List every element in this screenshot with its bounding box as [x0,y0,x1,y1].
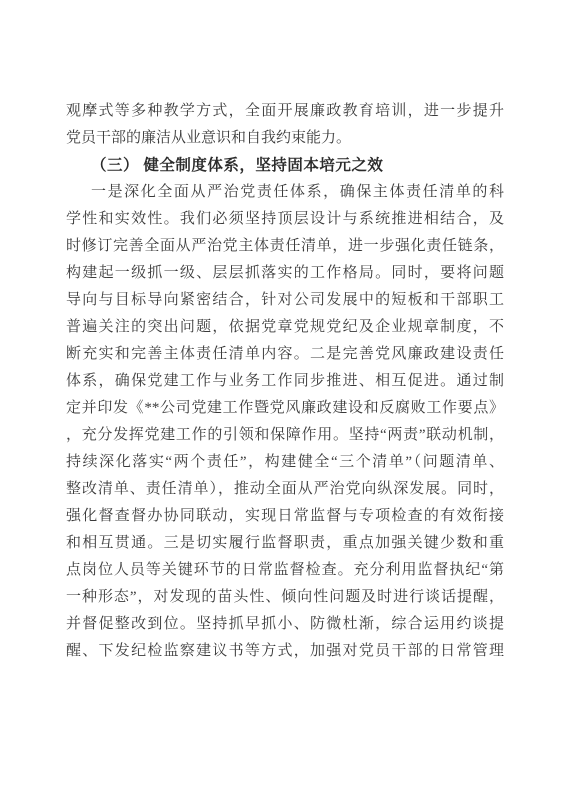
text-line: 时修订完善全面从严治党主体责任清单，进一步强化责任链条， [66,233,504,260]
text-line: 观摩式等多种教学方式，全面开展廉政教育培训，进一步提升 [66,98,504,125]
text-line: 断充实和完善主体责任清单内容。二是完善党风廉政建设责任 [66,341,504,368]
document-page: 观摩式等多种教学方式，全面开展廉政教育培训，进一步提升 党员干部的廉洁从业意识和… [0,0,570,807]
text-line: 并督促整改到位。坚持抓早抓小、防微杜渐，综合运用约谈提 [66,611,504,638]
section-heading: （三） 健全制度体系，坚持固本培元之效 [66,152,504,179]
text-line: 点岗位人员等关键环节的日常监督检查。充分利用监督执纪“第 [66,557,504,584]
text-line: 体系，确保党建工作与业务工作同步推进、相互促进。通过制 [66,368,504,395]
document-text-block: 观摩式等多种教学方式，全面开展廉政教育培训，进一步提升 党员干部的廉洁从业意识和… [66,98,504,665]
text-line: 学性和实效性。我们必须坚持顶层设计与系统推进相结合，及 [66,206,504,233]
text-line: 整改清单、责任清单），推动全面从严治党向纵深发展。同时， [66,476,504,503]
text-line: 党员干部的廉洁从业意识和自我约束能力。 [66,125,504,152]
text-line: 持续深化落实“两个责任”，构建健全“三个清单”（问题清单、 [66,449,504,476]
text-line: 醒、下发纪检监察建议书等方式，加强对党员干部的日常管理 [66,638,504,665]
text-line: 构建起一级抓一级、层层抓落实的工作格局。同时，要将问题 [66,260,504,287]
text-line: 一种形态”，对发现的苗头性、倾向性问题及时进行谈话提醒， [66,584,504,611]
text-line: 普遍关注的突出问题，依据党章党规党纪及企业规章制度，不 [66,314,504,341]
text-line: 定并印发《**公司党建工作暨党风廉政建设和反腐败工作要点》 [66,395,504,422]
text-line: 和相互贯通。三是切实履行监督职责，重点加强关键少数和重 [66,530,504,557]
text-line: ，充分发挥党建工作的引领和保障作用。坚持“两责”联动机制， [66,422,504,449]
text-line: 强化督查督办协同联动，实现日常监督与专项检查的有效衔接 [66,503,504,530]
text-line: 一是深化全面从严治党责任体系，确保主体责任清单的科 [66,179,504,206]
text-line: 导向与目标导向紧密结合，针对公司发展中的短板和干部职工 [66,287,504,314]
